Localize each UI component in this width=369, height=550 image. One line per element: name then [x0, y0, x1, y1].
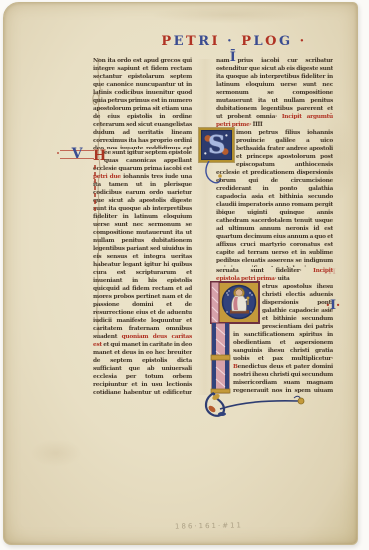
- prologue-end-paragraph: nam prius iacobi cur scribatur ostenditu…: [216, 57, 333, 113]
- manuscript-leaf: PETRI · PLOG · Ī V Non ita ordo est apud…: [3, 2, 358, 545]
- marginal-numeral-i: ·I·: [318, 297, 348, 314]
- photograph-background: PETRI · PLOG · Ī V Non ita ordo est apud…: [0, 0, 369, 550]
- initial-s-text-wrap-spacer: [216, 129, 236, 163]
- initial-p-tail-flourish: [206, 393, 304, 416]
- quire-signature-v: V: [60, 144, 94, 164]
- parchment-stain: [154, 7, 304, 23]
- epistle-opening-paragraph: etrus apostolus ihesu christi electis ad…: [216, 283, 333, 393]
- parchment-stain: [30, 439, 82, 467]
- initial-h-flourish: [94, 165, 96, 211]
- text-column-left: Non ita ordo est apud grecos qui integre…: [93, 57, 192, 395]
- letter-v: V: [60, 145, 94, 163]
- paragraph-text: ee sunt igitur septem epistole quas cano…: [93, 150, 192, 395]
- red-dot: [57, 152, 59, 154]
- argumentum-paragraph: imon petrus filius iohannis prouincie ga…: [216, 129, 333, 267]
- initial-p-stem-text-wrap-spacer: [216, 325, 233, 393]
- rubricated-initial-h: H: [93, 149, 103, 164]
- prologue-paragraph: Non ita ordo est apud grecos qui integre…: [93, 57, 192, 149]
- initial-p-panel-text-wrap-spacer: [216, 283, 262, 325]
- offset-ink-marks: III: [324, 267, 337, 276]
- rubric-incipit-epistola: seruata sunt fideliter· Incipit: [216, 267, 333, 275]
- prologue-paragraph-2: H ee sunt igitur septem epistole quas ca…: [93, 149, 192, 395]
- pencil-shelfmark: 186·161·#11: [144, 521, 274, 531]
- rubric-incipit-argumentum: ut probent omnia· Incipit argumtū: [216, 113, 333, 121]
- text-column-right: nam prius iacobi cur scribatur ostenditu…: [216, 57, 333, 395]
